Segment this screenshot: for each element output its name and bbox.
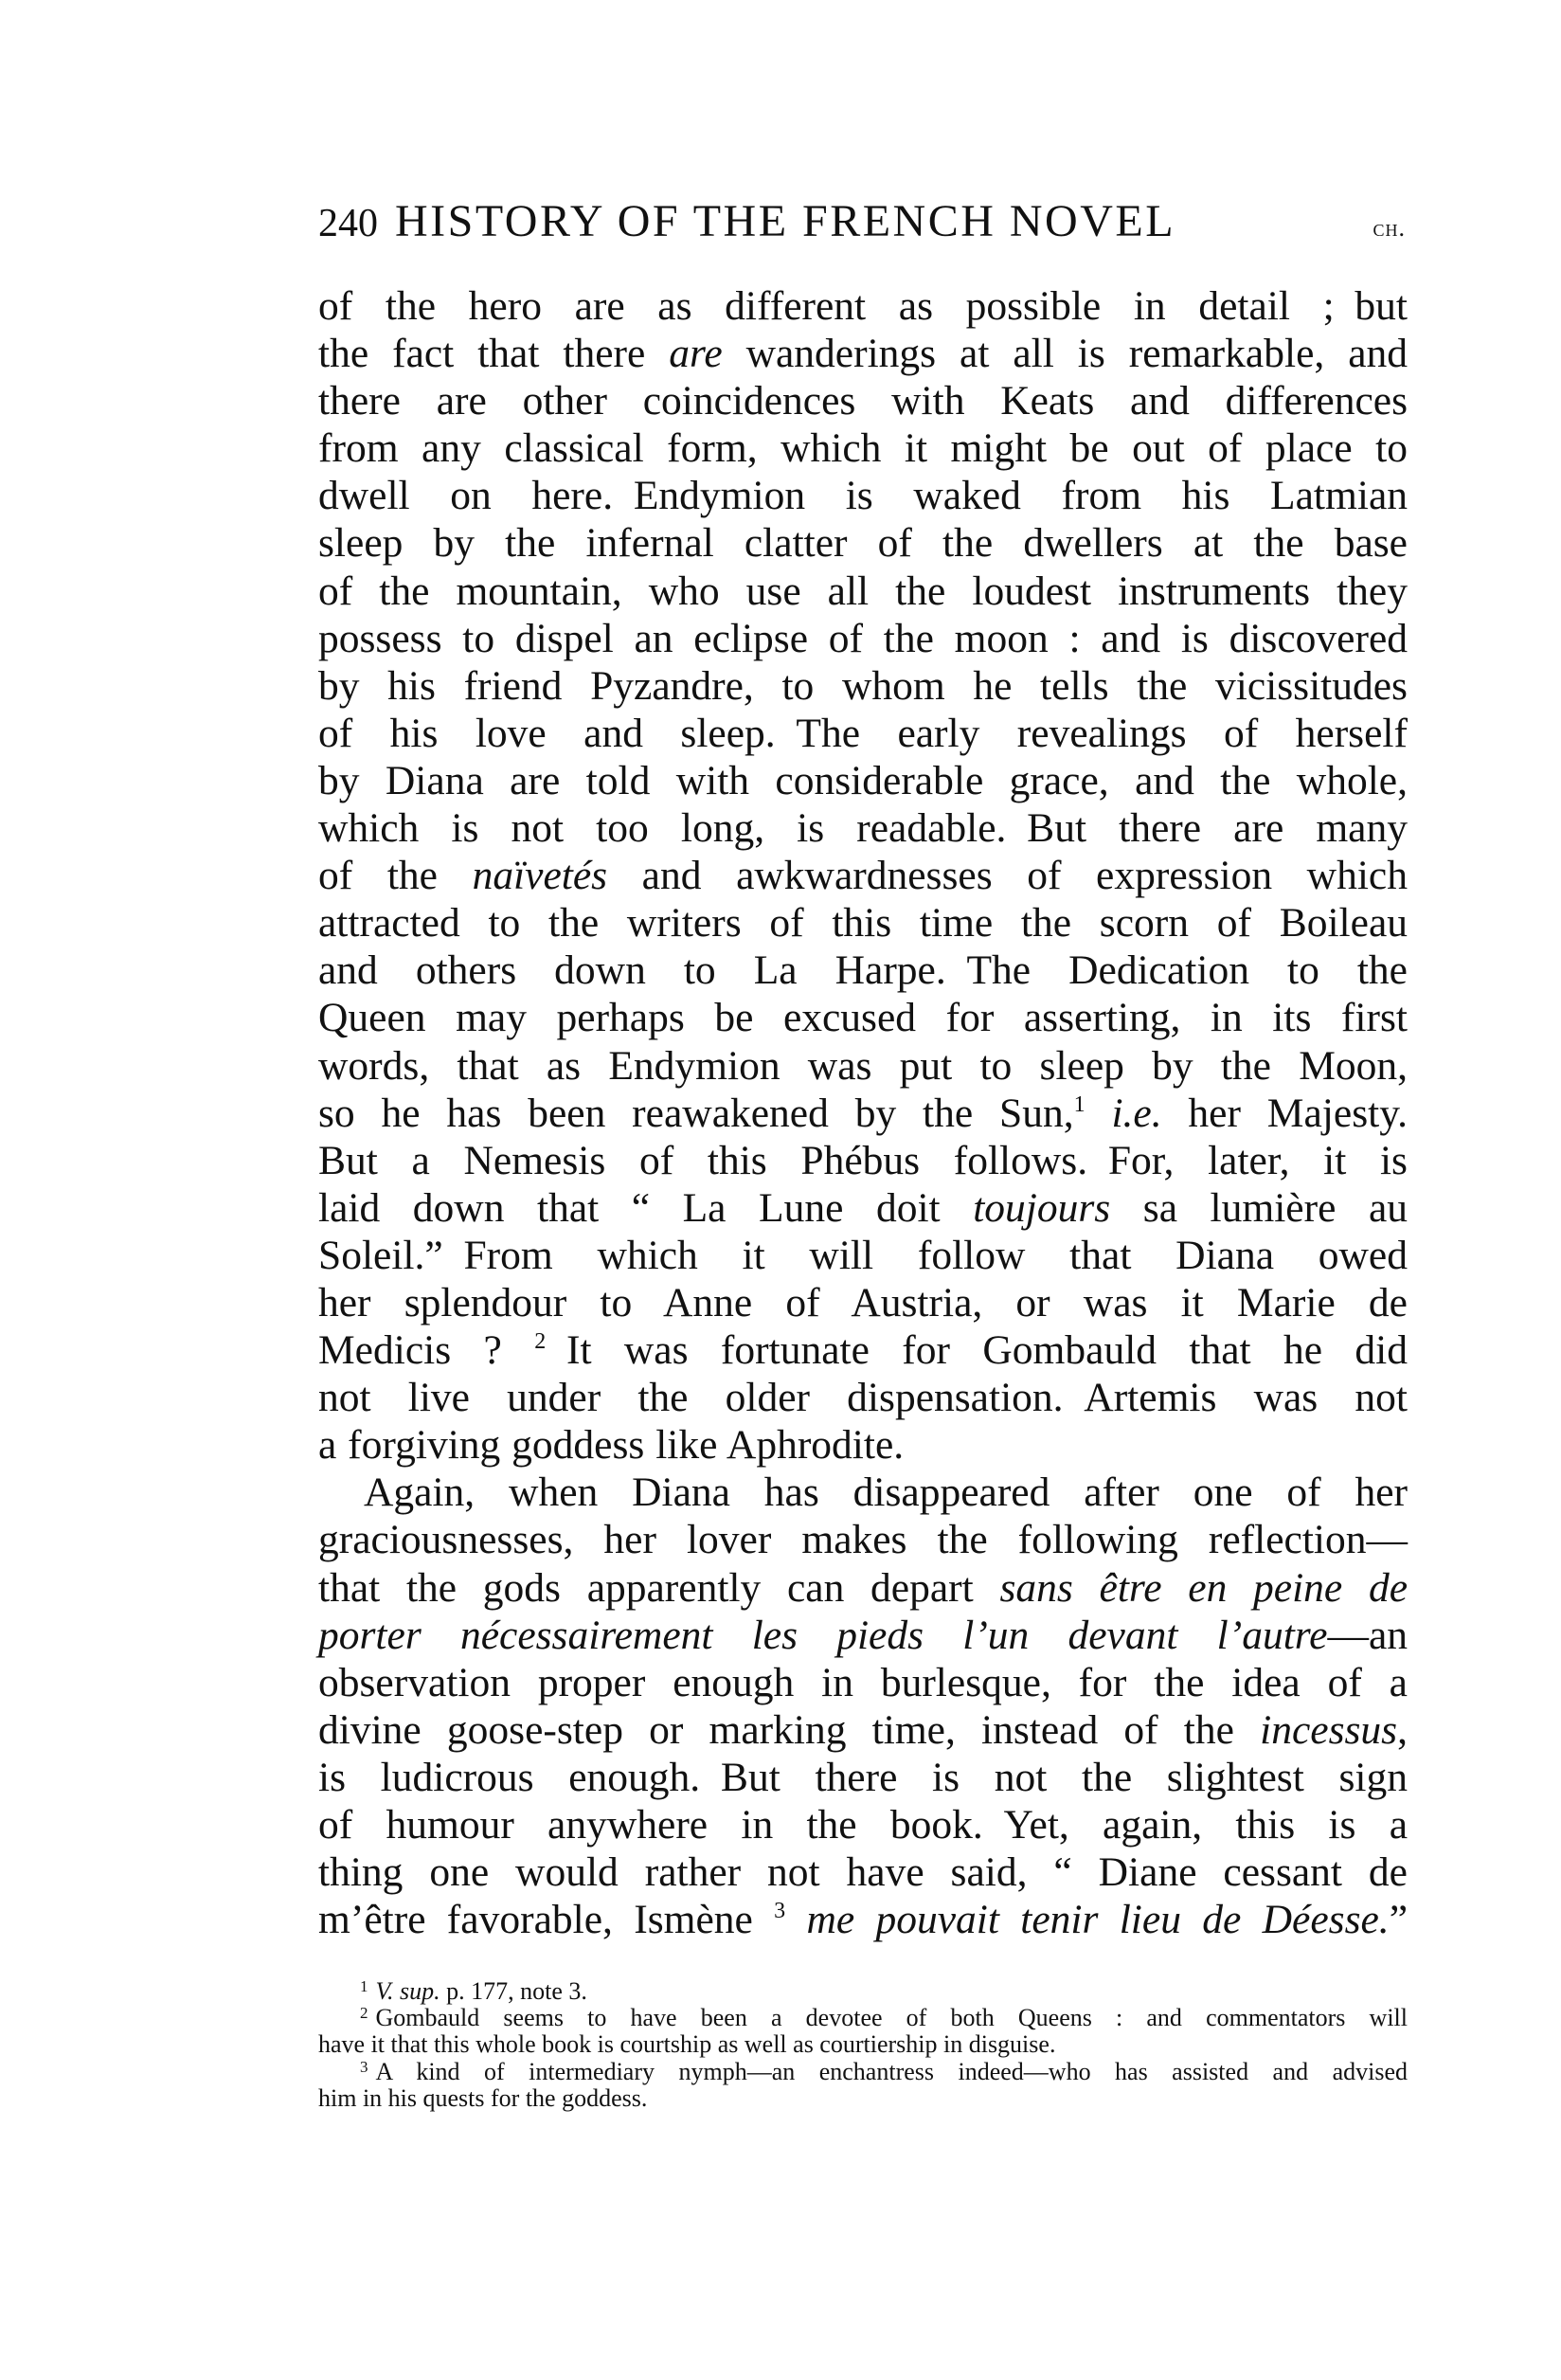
text-run: sa lumière au <box>1110 1185 1408 1231</box>
footnote-line: 1V. sup. p. 177, note 3. <box>318 1978 1408 2005</box>
text-line: divine goose-step or marking time, inste… <box>318 1706 1408 1754</box>
text-line: words, that as Endymion was put to sleep… <box>318 1042 1408 1090</box>
text-line: from any classical form, which it might … <box>318 424 1408 472</box>
text-run: by his friend Pyzandre, to whom he tells… <box>318 663 1408 709</box>
footnote-reference: 3 <box>774 1899 785 1923</box>
page-number: 240 <box>318 201 378 246</box>
chapter-abbreviation: ch. <box>1373 214 1406 243</box>
text-line: possess to dispel an eclipse of the moon… <box>318 615 1408 662</box>
text-line: thing one would rather not have said, “ … <box>318 1848 1408 1896</box>
text-run: dwell on here. Endymion is waked from hi… <box>318 473 1408 518</box>
text-run: Gombauld seems to have been a devotee of… <box>376 2004 1408 2031</box>
text-line: so he has been reawakened by the Sun,1 i… <box>318 1090 1408 1137</box>
text-run: there are other coincidences with Keats … <box>318 378 1408 424</box>
text-run: is ludicrous enough. But there is not th… <box>318 1755 1408 1800</box>
text-run: and awkwardnesses of expression which <box>607 853 1408 898</box>
text-run: It was fortunate for Gombauld that he di… <box>546 1327 1408 1373</box>
footnote-line: have it that this whole book is courtshi… <box>318 2031 1408 2058</box>
text-line: is ludicrous enough. But there is not th… <box>318 1754 1408 1801</box>
text-run: by Diana are told with considerable grac… <box>318 758 1408 803</box>
text-run: her Majesty. <box>1162 1091 1408 1136</box>
text-run: possess to dispel an eclipse of the moon… <box>318 616 1408 661</box>
text-line: a forgiving goddess like Aphrodite. <box>318 1421 1408 1469</box>
italic-text: porter nécessairement les pieds l’un dev… <box>318 1613 1327 1658</box>
text-run: of the <box>318 853 473 898</box>
text-run: so he has been reawakened by the Sun, <box>318 1091 1074 1136</box>
text-run: —an <box>1327 1613 1408 1658</box>
text-run: words, that as Endymion was put to sleep… <box>318 1043 1408 1089</box>
text-line: by his friend Pyzandre, to whom he tells… <box>318 662 1408 710</box>
italic-text: incessus <box>1260 1707 1397 1753</box>
text-run: But a Nemesis of this Phébus follows. Fo… <box>318 1138 1408 1183</box>
text-line: of the naïvetés and awkwardnesses of exp… <box>318 852 1408 899</box>
text-line: Again, when Diana has disappeared after … <box>318 1469 1408 1516</box>
text-run: observation proper enough in burlesque, … <box>318 1660 1408 1705</box>
text-line: and others down to La Harpe. The Dedicat… <box>318 947 1408 994</box>
text-run: Medicis ? <box>318 1327 534 1373</box>
text-run: laid down that “ La Lune doit <box>318 1185 973 1231</box>
text-line: Medicis ? 2 It was fortunate for Gombaul… <box>318 1326 1408 1374</box>
text-run: her splendour to Anne of Austria, or was… <box>318 1280 1408 1325</box>
text-run: not live under the older dispensation. A… <box>318 1375 1408 1420</box>
footnote-line: him in his quests for the goddess. <box>318 2085 1408 2112</box>
text-run: him in his quests for the goddess. <box>318 2084 647 2112</box>
text-run: of his love and sleep. The early reveali… <box>318 711 1408 756</box>
text-line: observation proper enough in burlesque, … <box>318 1659 1408 1706</box>
text-line: Soleil.” From which it will follow that … <box>318 1232 1408 1279</box>
text-run: have it that this whole book is courtshi… <box>318 2030 1055 2058</box>
text-run: a forgiving goddess like Aphrodite. <box>318 1422 904 1468</box>
italic-text: sans être en peine de <box>999 1565 1408 1611</box>
text-line: laid down that “ La Lune doit toujours s… <box>318 1184 1408 1232</box>
text-line: graciousnesses, her lover makes the foll… <box>318 1516 1408 1563</box>
text-run: of the hero are as different as possible… <box>318 283 1408 329</box>
text-run: , <box>1397 1707 1408 1753</box>
italic-text: me pouvait tenir lieu de Déesse. <box>806 1897 1389 1942</box>
text-run: A kind of intermediary nymph—an enchantr… <box>376 2058 1408 2085</box>
text-run <box>1086 1091 1112 1136</box>
text-line: which is not too long, is readable. But … <box>318 804 1408 852</box>
text-line: by Diana are told with considerable grac… <box>318 757 1408 804</box>
italic-text: naïvetés <box>473 853 608 898</box>
footnote-line: 2Gombauld seems to have been a devotee o… <box>318 2005 1408 2031</box>
italic-text: toujours <box>973 1185 1110 1231</box>
text-run: from any classical form, which it might … <box>318 425 1408 471</box>
body-text: of the hero are as different as possible… <box>318 282 1408 1943</box>
text-line: not live under the older dispensation. A… <box>318 1374 1408 1421</box>
text-line: the fact that there are wanderings at al… <box>318 330 1408 377</box>
text-run: of humour anywhere in the book. Yet, aga… <box>318 1802 1408 1848</box>
text-run: graciousnesses, her lover makes the foll… <box>318 1517 1408 1562</box>
text-line: Queen may perhaps be excused for asserti… <box>318 994 1408 1041</box>
text-line: of humour anywhere in the book. Yet, aga… <box>318 1801 1408 1848</box>
text-line: her splendour to Anne of Austria, or was… <box>318 1279 1408 1326</box>
text-line: But a Nemesis of this Phébus follows. Fo… <box>318 1137 1408 1184</box>
footnote-number: 1 <box>360 1977 368 1995</box>
text-line: of the hero are as different as possible… <box>318 282 1408 330</box>
footnote-reference: 2 <box>534 1329 546 1354</box>
text-line: porter nécessairement les pieds l’un dev… <box>318 1612 1408 1659</box>
footnotes: 1V. sup. p. 177, note 3.2Gombauld seems … <box>318 1978 1408 2112</box>
running-head: 240 HISTORY OF THE FRENCH NOVEL ch. <box>318 195 1408 252</box>
text-line: sleep by the infernal clatter of the dwe… <box>318 519 1408 567</box>
italic-text: are <box>669 331 722 376</box>
text-run: thing one would rather not have said, “ … <box>318 1849 1408 1895</box>
text-run: wanderings at all is remarkable, and <box>723 331 1408 376</box>
footnote-number: 2 <box>360 2004 368 2022</box>
text-run: and others down to La Harpe. The Dedicat… <box>318 947 1408 993</box>
text-line: there are other coincidences with Keats … <box>318 377 1408 424</box>
text-run: Queen may perhaps be excused for asserti… <box>318 995 1408 1040</box>
text-run: divine goose-step or marking time, inste… <box>318 1707 1260 1753</box>
book-title: HISTORY OF THE FRENCH NOVEL <box>395 195 1175 247</box>
text-line: attracted to the writers of this time th… <box>318 899 1408 947</box>
text-run: the fact that there <box>318 331 669 376</box>
text-line: dwell on here. Endymion is waked from hi… <box>318 472 1408 519</box>
footnote-number: 3 <box>360 2058 368 2076</box>
text-run: which is not too long, is readable. But … <box>318 805 1408 851</box>
text-run: p. 177, note 3. <box>440 1977 587 2005</box>
running-head-left: 240 HISTORY OF THE FRENCH NOVEL <box>318 195 1175 247</box>
text-line: of the mountain, who use all the loudest… <box>318 568 1408 615</box>
text-line: m’être favorable, Ismène 3 me pouvait te… <box>318 1896 1408 1943</box>
text-run: m’être favorable, Ismène <box>318 1897 774 1942</box>
text-run: that the gods apparently can depart <box>318 1565 999 1611</box>
text-run <box>785 1897 806 1942</box>
text-run: of the mountain, who use all the loudest… <box>318 568 1408 614</box>
text-run: attracted to the writers of this time th… <box>318 900 1408 946</box>
text-run: Soleil.” From which it will follow that … <box>318 1233 1408 1278</box>
footnote-reference: 1 <box>1074 1092 1086 1117</box>
footnote-line: 3A kind of intermediary nymph—an enchant… <box>318 2059 1408 2085</box>
text-line: of his love and sleep. The early reveali… <box>318 710 1408 757</box>
text-run: ” <box>1390 1897 1408 1942</box>
text-run: Again, when Diana has disappeared after … <box>364 1469 1408 1515</box>
text-run: sleep by the infernal clatter of the dwe… <box>318 520 1408 566</box>
text-line: that the gods apparently can depart sans… <box>318 1564 1408 1612</box>
italic-text: i.e. <box>1111 1091 1161 1136</box>
italic-text: V. sup. <box>376 1977 440 2005</box>
